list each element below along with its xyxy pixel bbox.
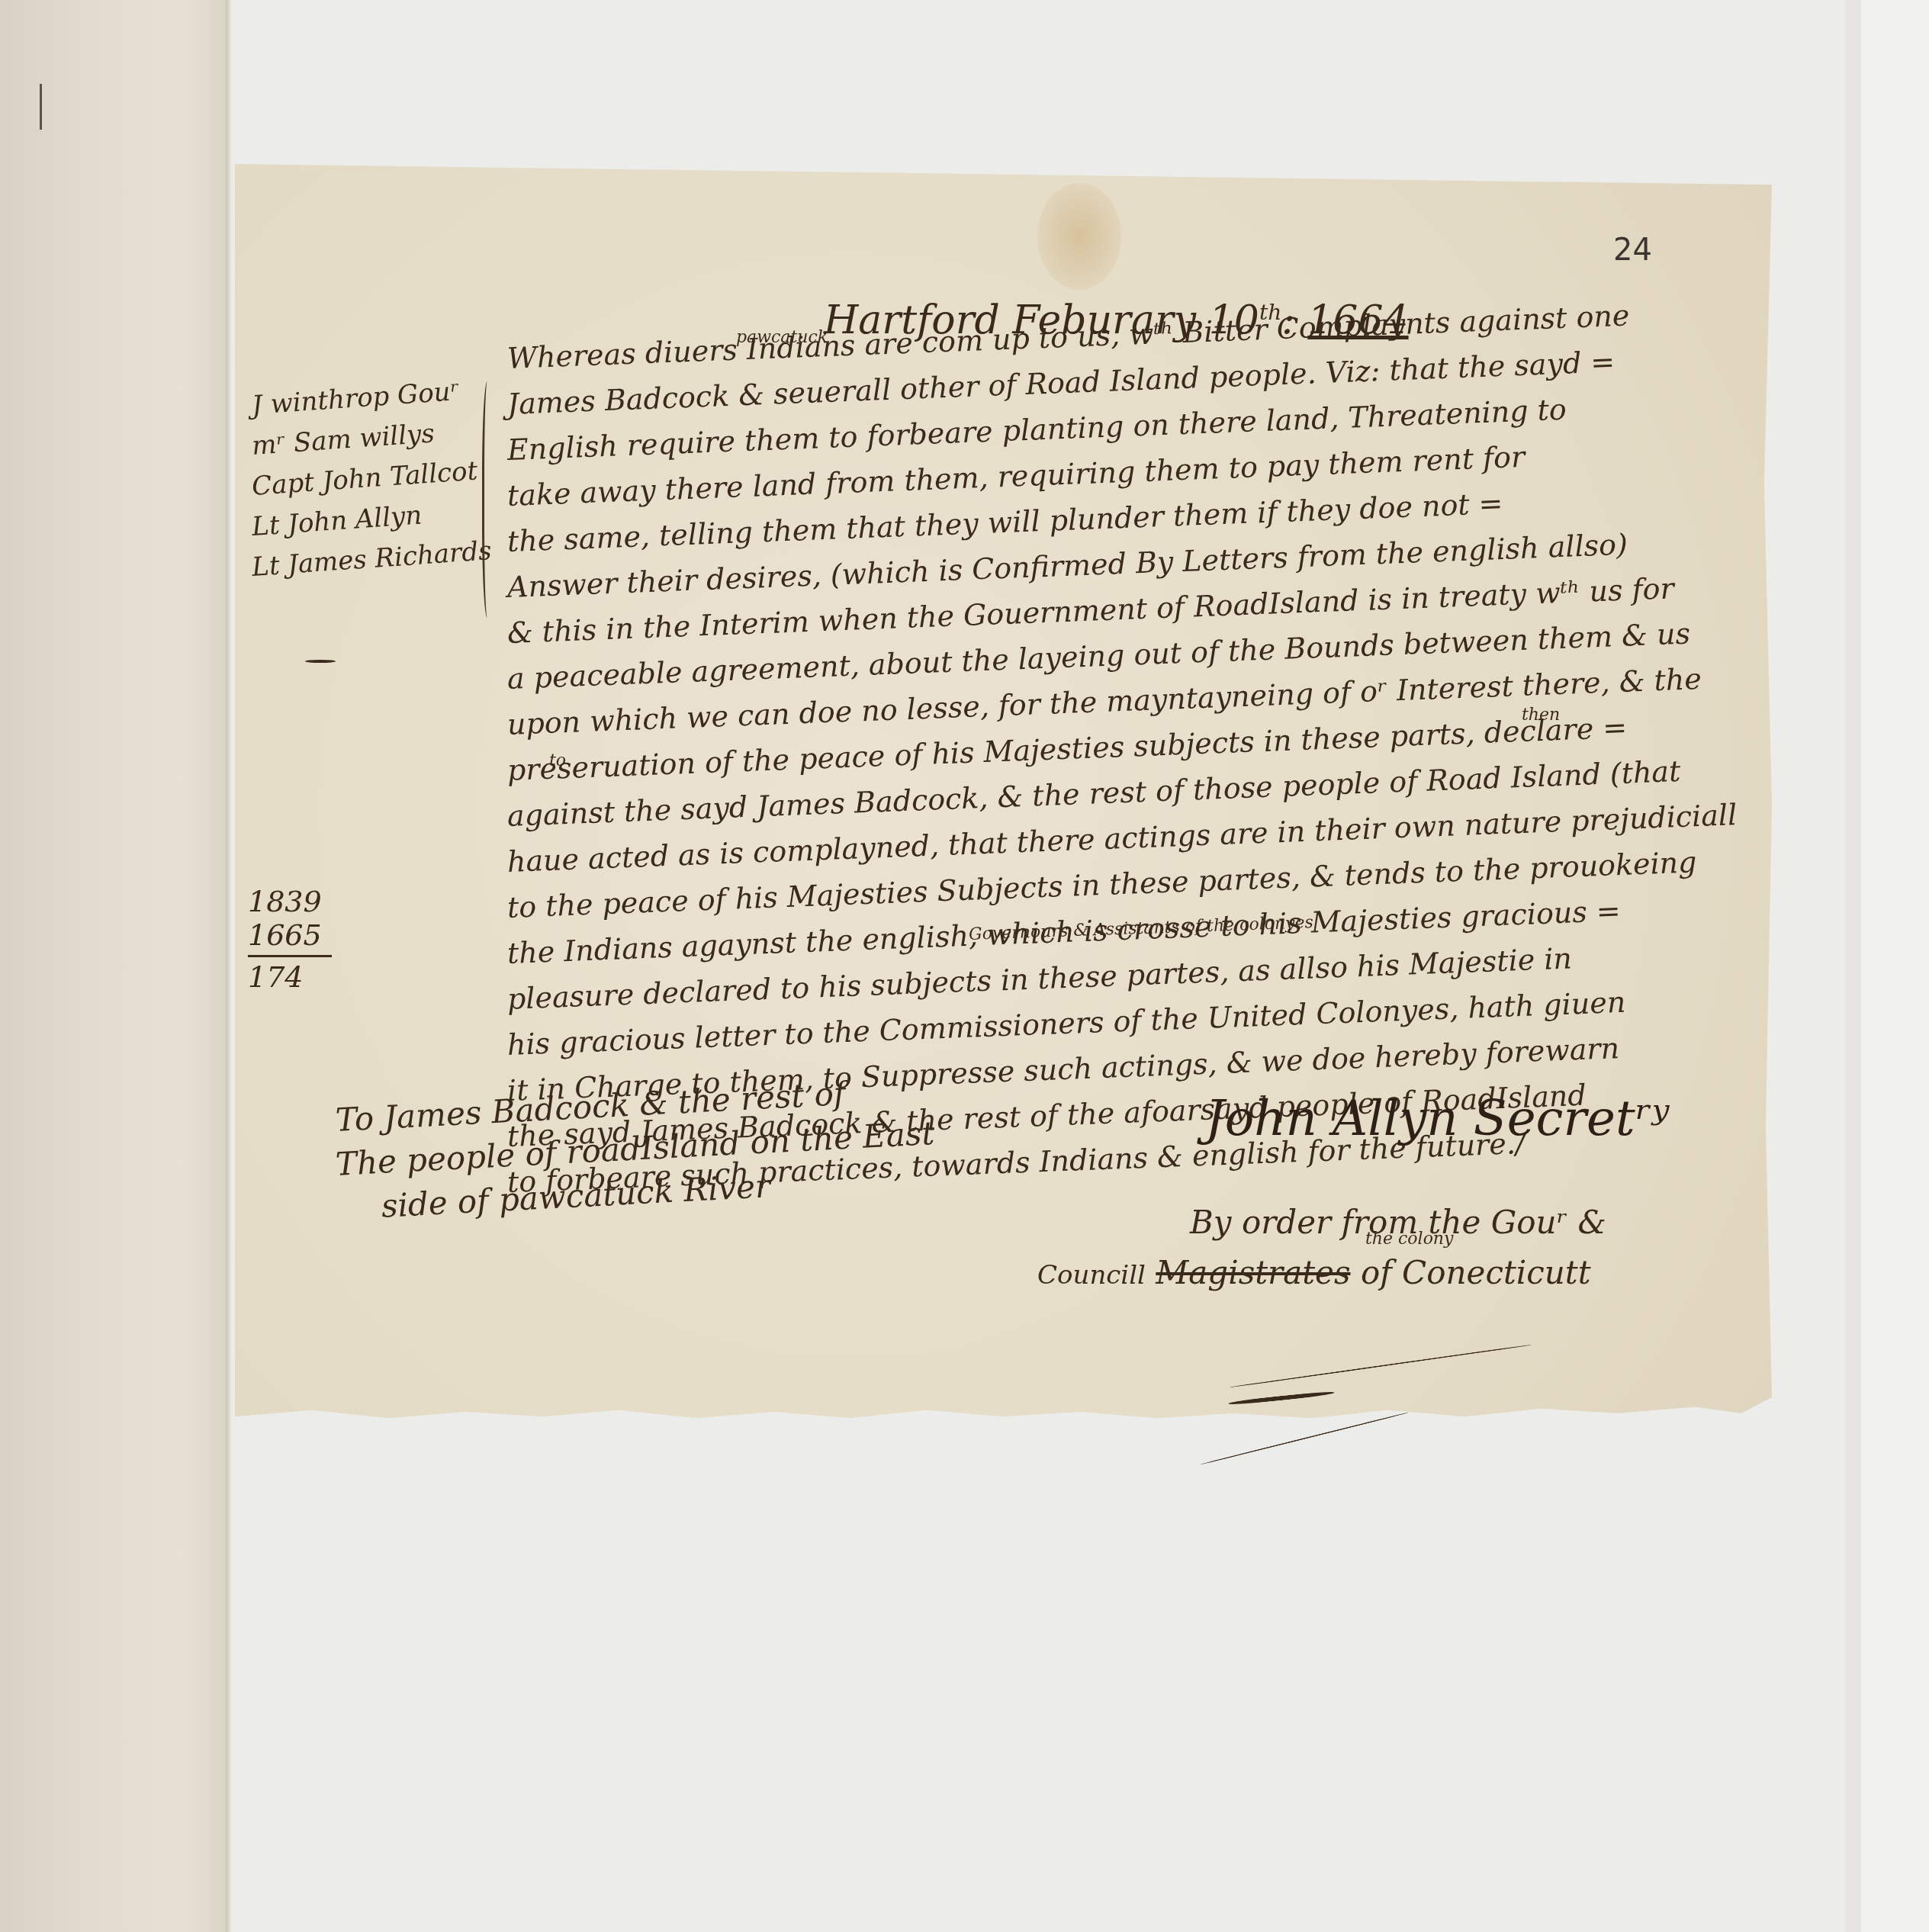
authority-suffix: of Conecticutt xyxy=(1361,1254,1591,1291)
page-number: 24 xyxy=(1613,233,1652,268)
water-stain xyxy=(1037,183,1121,290)
margin-dash xyxy=(305,660,336,663)
council-names: J winthrop Gouʳ mʳ Sam willys Capt John … xyxy=(252,378,492,580)
signature-name: John Allyn Secretʳʸ xyxy=(1205,1091,1670,1147)
interlinear-the-colony: the colony xyxy=(1365,1230,1453,1249)
color-target xyxy=(1861,0,1929,1932)
authority-struck: Magistrates xyxy=(1156,1254,1350,1291)
binding-gutter xyxy=(226,0,232,1932)
binding-mark xyxy=(40,84,42,130)
authority-line-2: Councill Magistrates of Conecticutt xyxy=(1037,1248,1606,1300)
interlinear-to: to xyxy=(549,751,566,770)
calc-subtrahend: 1665 xyxy=(248,918,332,952)
margin-calculation: 1839 1665 174 xyxy=(248,885,332,994)
calc-rule xyxy=(248,955,332,957)
authority-block: By order from the Gouʳ & Councill Magist… xyxy=(1037,1197,1606,1300)
calc-minuend: 1839 xyxy=(248,885,332,918)
margin-brace xyxy=(482,381,495,618)
authority-prefix: Councill xyxy=(1037,1260,1146,1291)
book-binding xyxy=(0,0,229,1932)
signature-block: John Allyn Secretʳʸ xyxy=(1205,1091,1670,1147)
interlinear-then: then xyxy=(1522,706,1560,725)
address-block: To James Badcock & the rest of The peopl… xyxy=(336,1098,935,1231)
authority-line-1: By order from the Gouʳ & xyxy=(1037,1197,1606,1248)
document-body: Whereas diuers Indians are com up to us,… xyxy=(507,336,1738,1205)
calc-result: 174 xyxy=(248,960,332,994)
